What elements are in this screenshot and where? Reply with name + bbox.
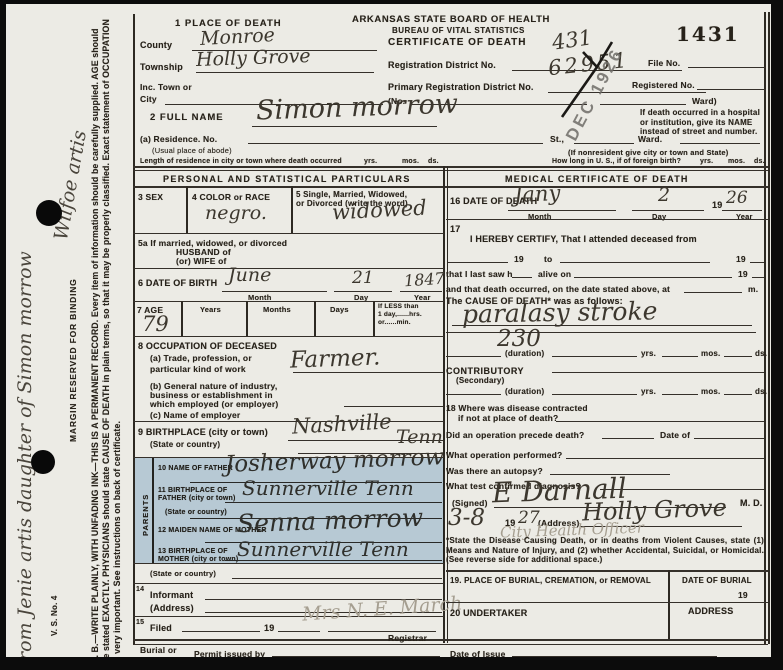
reg-district-label: Registration District No. [388, 60, 496, 70]
birthplace-value: Nashville [291, 409, 392, 438]
bureau-title: BUREAU OF VITAL STATISTICS [392, 26, 525, 35]
ward-paren-label: Ward) [692, 96, 717, 106]
duration2-yrs: yrs. [641, 387, 656, 396]
duration-rule-3 [724, 356, 752, 357]
sex-label: 3 SEX [138, 192, 163, 202]
margin-handwriting-1: from Jenie artis daughter of Simon morro… [14, 8, 36, 668]
dod-19-label: 19 [712, 200, 722, 210]
dod-month-value: Jany [513, 181, 561, 207]
informant-no: 14 [136, 586, 144, 593]
certificate-title: CERTIFICATE OF DEATH [388, 37, 527, 48]
secondary-label: (Secondary) [456, 376, 504, 385]
check-mark [550, 35, 630, 125]
birthplace-label: 9 BIRTHPLACE (city or town) [138, 427, 268, 437]
undertaker-label: 20 UNDERTAKER [450, 608, 527, 618]
age-less-2: 1 day,......hrs. [378, 311, 422, 318]
certify-rule-2 [560, 262, 710, 263]
header-divider-2 [133, 170, 768, 171]
where-label-1: 18 Where was disease contracted [446, 403, 588, 413]
duration-rule-1 [552, 356, 637, 357]
duration-yrs: yrs. [641, 349, 656, 358]
township-value: Holly Grove [196, 45, 311, 71]
operation-rule-1 [602, 438, 654, 439]
file-no-label: File No. [648, 58, 680, 68]
dob-year-value: 1847 [403, 269, 445, 291]
death-occurred-rule [684, 292, 742, 293]
undertaker-address-label: ADDRESS [688, 606, 733, 616]
duration-label: (duration) [505, 349, 544, 358]
occ-a-2: particular kind of work [150, 364, 246, 374]
cause-rule-2 [446, 332, 756, 333]
length-ds: ds. [428, 158, 439, 165]
burial-or-label: Burial or [140, 645, 177, 655]
alive-on-label: alive on [538, 269, 571, 279]
state-country-label: (State or country) [150, 569, 216, 578]
age-less-1: If LESS than [378, 303, 419, 310]
hole-punch-top [36, 200, 62, 226]
township-rule [196, 72, 374, 73]
binding-label: MARGIN RESERVED FOR BINDING [68, 207, 78, 442]
date-of-label: Date of [660, 430, 690, 440]
duration2-ds: ds. [755, 387, 767, 396]
m-label: m. [748, 284, 758, 294]
cert-number: 1431 [676, 22, 740, 46]
dob-month-rule [222, 291, 327, 292]
dod-month-rule [508, 210, 616, 211]
age-div-4 [373, 301, 375, 336]
county-label: County [140, 40, 172, 50]
abode-label: (Usual place of abode) [152, 146, 232, 155]
duration-ds: ds. [755, 349, 767, 358]
burial-date-label: DATE OF BURIAL [682, 576, 752, 585]
scanned-death-certificate: { "misc": { "nineteen": "19", "month": "… [0, 0, 783, 670]
how-long-yrs: yrs. [700, 158, 713, 165]
occ-c-label: (c) Name of employer [150, 410, 240, 420]
inc-town-label: Inc. Town or [140, 82, 192, 92]
sign-date-value: 3-8 [448, 505, 485, 531]
residence-rule [248, 143, 543, 144]
vs-no-label: V. S. No. 4 [50, 546, 59, 636]
where-label-2: if not at place of death? [458, 413, 558, 423]
registered-no-rule [697, 89, 766, 90]
burial-place-label: 19. PLACE OF BURIAL, CREMATION, or REMOV… [450, 576, 651, 585]
filed-label: Filed [150, 623, 172, 633]
birthplace-state-label: (State or country) [150, 440, 220, 449]
header-divider-1 [133, 166, 768, 168]
parents-bottom-rule [133, 563, 444, 564]
last-saw-rule-1 [512, 277, 532, 278]
duration2-rule-0 [446, 394, 501, 395]
last-saw-label: that I last saw h [446, 269, 513, 279]
age-div-1 [181, 301, 183, 336]
cause-value-1: paralasy stroke [462, 296, 658, 328]
sex-row-rule [133, 233, 444, 234]
registrar-signature: Mrs N. E. March [301, 592, 463, 625]
certify-rule-3 [750, 262, 764, 263]
burial-top-rule [446, 570, 768, 572]
burial-cell-divider [668, 570, 670, 639]
husband-row-rule [133, 268, 444, 269]
occupation-label: 8 OCCUPATION OF DECEASED [138, 341, 277, 351]
filed-no: 15 [136, 619, 144, 626]
duration-mos: mos. [701, 349, 720, 358]
ward2-rule [680, 143, 760, 144]
full-name-rule [252, 126, 437, 127]
duration-rule-0 [446, 356, 501, 357]
informant-label: Informant [150, 590, 193, 600]
how-long-mos: mos. [728, 158, 745, 165]
bottom-border-1 [133, 639, 768, 641]
informant-address-label: (Address) [150, 603, 194, 613]
ward-label: Ward. [638, 134, 662, 144]
cause-footnote: *State the Disease Causing Death, or in … [446, 536, 764, 565]
last-saw-rule-2 [574, 277, 732, 278]
full-name-value: Simon morrow [256, 88, 459, 126]
contributory-label: CONTRIBUTORY [446, 366, 524, 376]
duration2-rule-3 [724, 394, 752, 395]
age-days-label: Days [330, 305, 349, 314]
certify-rule-1 [448, 262, 508, 263]
occ-a-value: Farmer. [290, 344, 381, 373]
last-saw-19: 19 [738, 269, 748, 279]
age-value: 79 [142, 312, 169, 336]
registered-no-label: Registered No. [632, 80, 695, 90]
parents-highlight [135, 458, 444, 563]
dod-day-value: 2 [658, 184, 670, 206]
full-name-label: 2 FULL NAME [150, 112, 224, 123]
board-title: ARKANSAS STATE BOARD OF HEALTH [352, 14, 550, 25]
scan-frame-left [0, 0, 6, 670]
occ-b-rule [344, 406, 443, 407]
nb-note: N. B.—WRITE PLAINLY, WITH UNFADING INK—T… [90, 16, 123, 664]
how-long-note: How long in U. S., if of foreign birth? [552, 158, 681, 165]
md-label: M. D. [740, 498, 763, 508]
age-div-2 [246, 301, 248, 336]
township-label: Township [140, 62, 183, 72]
certify-no: 17 [450, 224, 460, 234]
filed-rule-2 [278, 631, 320, 632]
color-cell-divider [291, 186, 293, 233]
last-saw-rule-3 [752, 277, 764, 278]
filed-19-label: 19 [264, 623, 274, 633]
color-label: 4 COLOR or RACE [192, 192, 270, 202]
where-rule [556, 421, 764, 422]
length-mos: mos. [402, 158, 419, 165]
certify-19b: 19 [736, 254, 746, 264]
state-country-rule [232, 578, 442, 579]
certify-to: to [544, 254, 552, 264]
what-operation-label: What operation performed? [446, 450, 562, 460]
form-right-border-outer [764, 12, 766, 644]
bottom-border-2 [133, 644, 768, 646]
contributory-rule [552, 372, 764, 373]
husband-label-3: (or) WIFE of [176, 256, 227, 266]
death-occurred-label: and that death occurred, on the date sta… [446, 284, 670, 294]
dob-day-value: 21 [352, 268, 374, 288]
burial-date-19: 19 [738, 590, 748, 600]
duration2-mos: mos. [701, 387, 720, 396]
certify-from-label: I HEREBY CERTIFY, That I attended deceas… [470, 234, 697, 244]
nonresident-note: (If nonresident give city or town and St… [568, 148, 728, 157]
occ-b-3: which employed (or employer) [150, 399, 278, 409]
age-years-label: Years [200, 305, 221, 314]
dod-row-rule [446, 219, 768, 220]
state-country-row-rule [133, 583, 444, 584]
st-label: St., [550, 134, 564, 144]
age-row-rule [133, 336, 444, 337]
operation-label: Did an operation precede death? [446, 430, 584, 440]
scan-frame-bottom [0, 657, 783, 670]
hospital-note: If death occurred in a hospital or insti… [640, 108, 766, 137]
registrar-label: Registrar [388, 633, 427, 643]
dob-day-rule [334, 291, 392, 292]
age-months-label: Months [263, 305, 291, 314]
column-divider-outer [443, 166, 445, 643]
duration2-rule-1 [552, 394, 637, 395]
section-title-divider [133, 186, 768, 188]
dod-year-rule [722, 210, 762, 211]
dob-label: 6 DATE OF BIRTH [138, 278, 217, 288]
color-value: negro. [205, 202, 267, 224]
dod-day-rule [632, 210, 704, 211]
occ-a-rule [293, 372, 443, 373]
marital-value: widowed [331, 196, 427, 225]
certify-19a: 19 [514, 254, 524, 264]
length-yrs: yrs. [364, 158, 377, 165]
scan-frame-right [771, 0, 783, 670]
sex-cell-divider [186, 186, 188, 233]
age-div-3 [314, 301, 316, 336]
occ-a-1: (a) Trade, profession, or [150, 353, 252, 363]
file-no-rule [688, 67, 766, 68]
occ-row-rule [133, 421, 444, 422]
duration-rule-2 [662, 356, 698, 357]
city-label: City [140, 94, 157, 104]
dob-row-rule [133, 301, 444, 302]
duration2-rule-2 [662, 394, 698, 395]
residence-label: (a) Residence. No. [140, 134, 217, 144]
dob-month-value: June [228, 264, 271, 286]
dod-year-value: 26 [726, 188, 748, 208]
filed-rule-1 [182, 631, 260, 632]
what-operation-rule [566, 458, 764, 459]
hole-punch-bottom [31, 450, 55, 474]
how-long-ds: ds. [754, 158, 765, 165]
operation-rule-2 [694, 438, 764, 439]
dob-year-rule [400, 291, 442, 292]
length-note: Length of residence in city or town wher… [140, 158, 342, 165]
personal-section-title: PERSONAL AND STATISTICAL PARTICULARS [163, 174, 411, 184]
scan-frame-top [0, 0, 783, 4]
burial-mid-rule [446, 602, 768, 603]
form-right-border-inner [768, 12, 770, 644]
st-rule [574, 143, 634, 144]
age-less-3: or......min. [378, 319, 411, 326]
duration2-label: (duration) [505, 387, 544, 396]
